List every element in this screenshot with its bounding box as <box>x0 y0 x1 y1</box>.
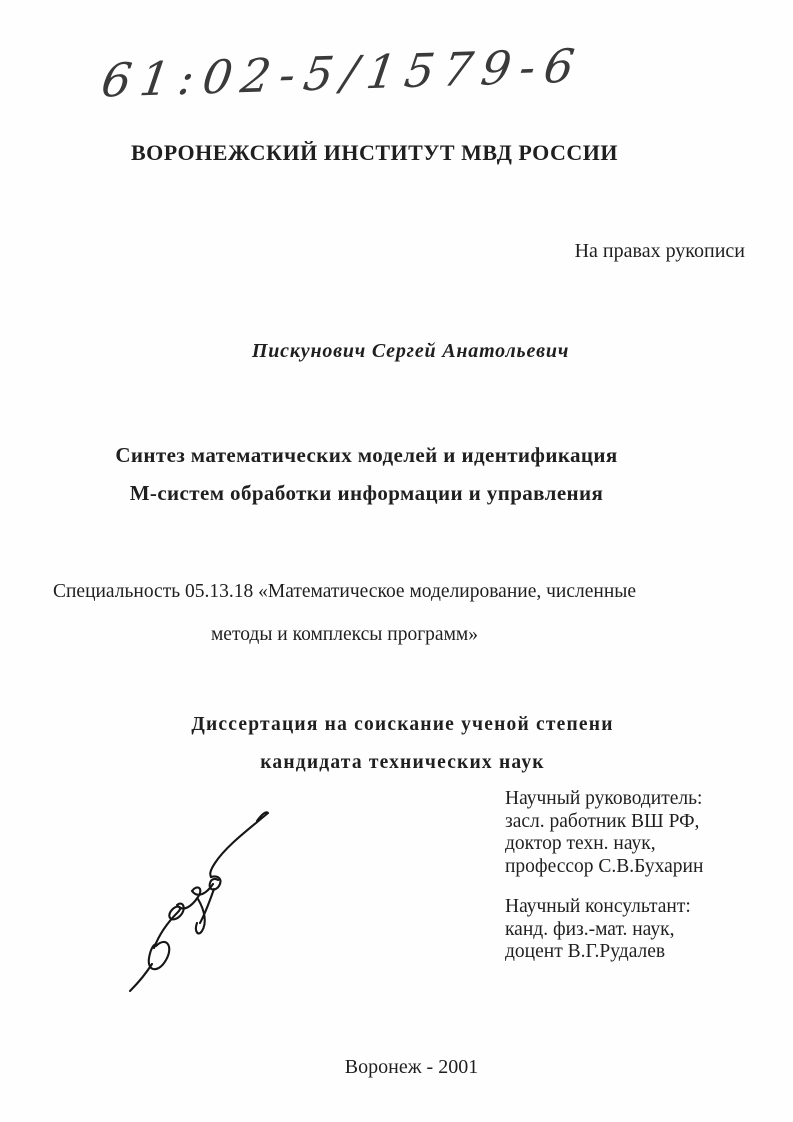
author-name: Пискунович Сергей Анатольевич <box>14 340 793 363</box>
supervisor-line: доктор техн. наук, <box>505 833 703 856</box>
dissertation-title-line1: Синтез математических моделей и идентифи… <box>0 436 763 474</box>
city-and-year: Воронеж - 2001 <box>15 1056 793 1079</box>
supervisor-line: профессор С.В.Бухарин <box>505 856 703 879</box>
consultant-block: Научный консультант: канд. физ.-мат. нау… <box>505 896 703 964</box>
specialty-line2: методы и комплексы программ» <box>0 613 741 656</box>
specialty: Специальность 05.13.18 «Математическое м… <box>0 570 741 656</box>
supervisor-line: засл. работник ВШ РФ, <box>505 811 703 834</box>
specialty-line1: Специальность 05.13.18 «Математическое м… <box>0 570 741 613</box>
handwritten-signature <box>110 780 430 1000</box>
supervisor-heading: Научный руководитель: <box>505 788 703 811</box>
degree-line2: кандидата технических наук <box>6 744 793 782</box>
manuscript-rights-note: На правах рукописи <box>575 240 745 263</box>
institute-name: ВОРОНЕЖСКИЙ ИНСТИТУТ МВД РОССИИ <box>0 140 771 166</box>
signature-icon <box>110 780 430 1000</box>
advisors-block: Научный руководитель: засл. работник ВШ … <box>505 788 703 964</box>
supervisor-block: Научный руководитель: засл. работник ВШ … <box>505 788 703 878</box>
handwritten-call-number: 61:02-5/1579-6 <box>98 38 586 107</box>
dissertation-title-page: 61:02-5/1579-6 ВОРОНЕЖСКИЙ ИНСТИТУТ МВД … <box>0 0 793 1122</box>
consultant-line: доцент В.Г.Рудалев <box>505 941 703 964</box>
degree-statement: Диссертация на соискание ученой степени … <box>6 706 793 782</box>
degree-line1: Диссертация на соискание ученой степени <box>6 706 793 744</box>
consultant-line: канд. физ.-мат. наук, <box>505 919 703 942</box>
dissertation-title-line2: М-систем обработки информации и управлен… <box>0 474 763 512</box>
consultant-heading: Научный консультант: <box>505 896 703 919</box>
dissertation-title: Синтез математических моделей и идентифи… <box>0 436 763 512</box>
